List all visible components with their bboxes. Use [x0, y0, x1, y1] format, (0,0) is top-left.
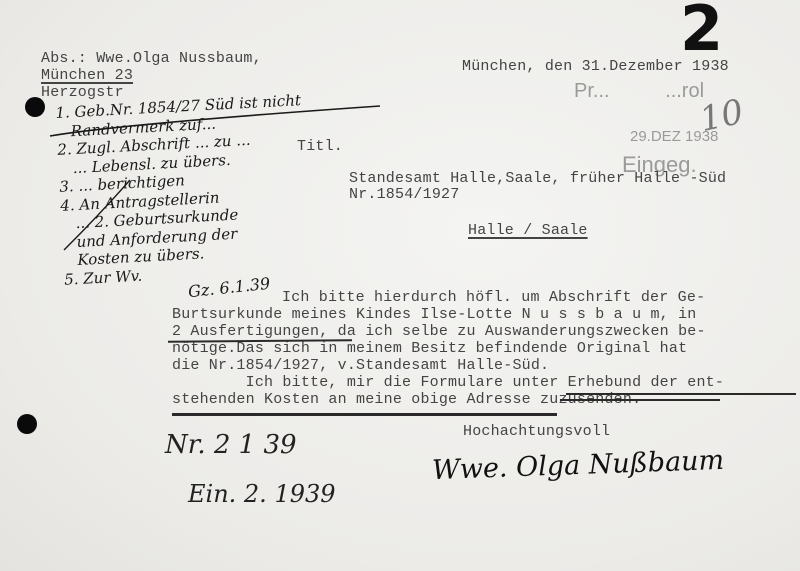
note-strike-lines	[0, 0, 800, 571]
letter-body: Ich bitte hierdurch höfl. um Abschrift d…	[172, 289, 724, 408]
body-line: Burtsurkunde meines Kindes Ilse-Lotte N …	[172, 306, 724, 323]
handwritten-reference-line1: Nr. 2 1 39	[165, 430, 297, 460]
underline-zuzusenden	[560, 399, 720, 401]
document-page: 2 Abs.: Wwe.Olga Nussbaum, München 23 He…	[0, 0, 800, 571]
underline-erhebung	[566, 393, 796, 395]
body-line: die Nr.1854/1927, v.Standesamt Halle-Süd…	[172, 357, 724, 374]
body-line: 2 Ausfertigungen, da ich selbe zu Auswan…	[172, 323, 724, 340]
underline-closing	[172, 413, 557, 416]
body-line: nötige.Das sich in meinem Besitz befinde…	[172, 340, 724, 357]
handwritten-reference-line2: Ein. 2. 1939	[188, 480, 336, 508]
body-line: Ich bitte, mir die Formulare unter Erheb…	[172, 374, 724, 391]
closing: Hochachtungsvoll	[463, 423, 610, 440]
body-line: Ich bitte hierdurch höfl. um Abschrift d…	[282, 289, 800, 306]
